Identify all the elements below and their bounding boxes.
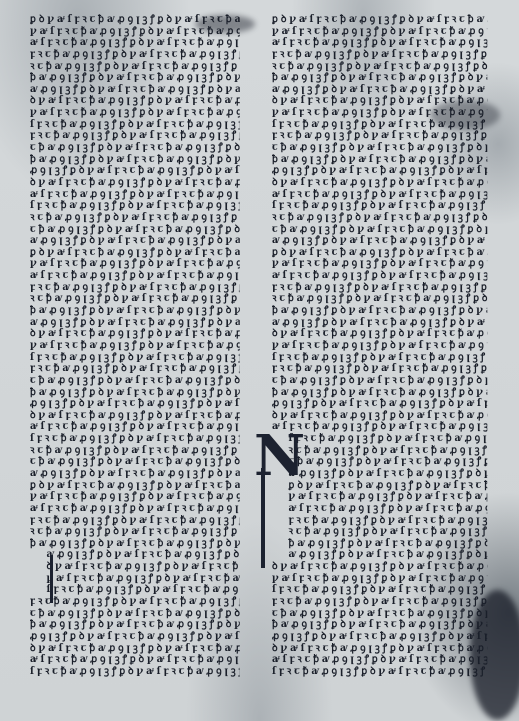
manuscript-line: ꝩ ꜻ ſ ꝼ ꝛ ꞇ ꝥ ꜹ ꝓ ꝯ ꞁ ꝫ ꝭ ꝑ ꝺ ꝩ ꜻ ſ ꝼ ꝛ … [30, 258, 240, 270]
manuscript-line: ꞇ ꝥ ꜹ ꝓ ꝯ ꞁ ꝫ ꝭ ꝑ ꝺ ꝩ ꜻ ſ ꝼ ꝛ ꞇ ꝥ ꜹ ꝓ ꝯ … [272, 142, 487, 154]
manuscript-line: ꝥ ꜹ ꝓ ꝯ ꞁ ꝫ ꝭ ꝑ ꝺ ꝩ ꜻ ſ ꝼ ꝛ ꞇ ꝥ ꜹ ꝓ ꝯ ꞁ … [30, 154, 240, 166]
manuscript-line: ꜹ ꝓ ꝯ ꞁ ꝫ ꝭ ꝑ ꝺ ꝩ ꜻ ſ ꝼ ꝛ ꞇ ꝥ ꜹ ꝓ ꝯ ꞁ ꝫ … [30, 549, 240, 561]
manuscript-line: ꝺ ꝩ ꜻ ſ ꝼ ꝛ ꞇ ꝥ ꜹ ꝓ ꝯ ꞁ ꝫ ꝭ ꝑ ꝺ ꝩ ꜻ ſ ꝼ … [30, 410, 240, 422]
manuscript-line: ꜻ ſ ꝼ ꝛ ꞇ ꝥ ꜹ ꝓ ꝯ ꞁ ꝫ ꝭ ꝑ ꝺ ꝩ ꜻ ſ ꝼ ꝛ ꞇ … [30, 654, 240, 666]
manuscript-line: ꝛ ꞇ ꝥ ꜹ ꝓ ꝯ ꞁ ꝫ ꝭ ꝑ ꝺ ꝩ ꜻ ſ ꝼ ꝛ ꞇ ꝥ ꜹ ꝓ … [30, 212, 240, 224]
manuscript-line: ꝥ ꜹ ꝓ ꝯ ꞁ ꝫ ꝭ ꝑ ꝺ ꝩ ꜻ ſ ꝼ ꝛ ꞇ ꝥ ꜹ ꝓ ꝯ ꞁ … [30, 387, 240, 399]
manuscript-line: ꝛ ꞇ ꝥ ꜹ ꝓ ꝯ ꞁ ꝫ ꝭ ꝑ ꝺ ꝩ ꜻ ſ ꝼ ꝛ ꞇ ꝥ ꜹ ꝓ … [30, 293, 240, 305]
manuscript-line: ſ ꝼ ꝛ ꞇ ꝥ ꜹ ꝓ ꝯ ꞁ ꝫ ꝭ ꝑ ꝺ ꝩ ꜻ ſ ꝼ ꝛ ꞇ ꝥ … [272, 119, 487, 131]
manuscript-line: ꝥ ꜹ ꝓ ꝯ ꞁ ꝫ ꝭ ꝑ ꝺ ꝩ ꜻ ſ ꝼ ꝛ ꞇ ꝥ ꜹ ꝓ ꝯ ꞁ … [30, 72, 240, 84]
manuscript-line: ꞇ ꝥ ꜹ ꝓ ꝯ ꞁ ꝫ ꝭ ꝑ ꝺ ꝩ ꜻ ſ ꝼ ꝛ ꞇ ꝥ ꜹ ꝓ ꝯ … [272, 608, 487, 620]
manuscript-line: ꝥ ꜹ ꝓ ꝯ ꞁ ꝫ ꝭ ꝑ ꝺ ꝩ ꜻ ſ ꝼ ꝛ ꞇ ꝥ ꜹ ꝓ ꝯ ꞁ … [30, 305, 240, 317]
manuscript-line: ꝺ ꝩ ꜻ ſ ꝼ ꝛ ꞇ ꝥ ꜹ ꝓ ꝯ ꞁ ꝫ ꝭ ꝑ ꝺ ꝩ ꜻ ſ ꝼ … [30, 561, 240, 573]
manuscript-line: ꝺ ꝩ ꜻ ſ ꝼ ꝛ ꞇ ꝥ ꜹ ꝓ ꝯ ꞁ ꝫ ꝭ ꝑ ꝺ ꝩ ꜻ ſ ꝼ … [272, 95, 487, 107]
manuscript-line: ꝛ ꞇ ꝥ ꜹ ꝓ ꝯ ꞁ ꝫ ꝭ ꝑ ꝺ ꝩ ꜻ ſ ꝼ ꝛ ꞇ ꝥ ꜹ ꝓ … [272, 293, 487, 305]
manuscript-line: ꝩ ꜻ ſ ꝼ ꝛ ꞇ ꝥ ꜹ ꝓ ꝯ ꞁ ꝫ ꝭ ꝑ ꝺ ꝩ ꜻ ſ ꝼ ꝛ … [30, 491, 240, 503]
manuscript-line: ꞇ ꝥ ꜹ ꝓ ꝯ ꞁ ꝫ ꝭ ꝑ ꝺ ꝩ ꜻ ſ ꝼ ꝛ ꞇ ꝥ ꜹ ꝓ ꝯ … [30, 608, 240, 620]
manuscript-line: ꝼ ꝛ ꞇ ꝥ ꜹ ꝓ ꝯ ꞁ ꝫ ꝭ ꝑ ꝺ ꝩ ꜻ ſ ꝼ ꝛ ꞇ ꝥ ꜹ … [30, 515, 240, 527]
manuscript-line: ꝺ ꝩ ꜻ ſ ꝼ ꝛ ꞇ ꝥ ꜹ ꝓ ꝯ ꞁ ꝫ ꝭ ꝑ ꝺ ꝩ ꜻ ſ ꝼ … [272, 328, 487, 340]
manuscript-line: ꝼ ꝛ ꞇ ꝥ ꜹ ꝓ ꝯ ꞁ ꝫ ꝭ ꝑ ꝺ ꝩ ꜻ ſ ꝼ ꝛ ꞇ ꝥ ꜹ … [30, 282, 240, 294]
manuscript-line: ꜻ ſ ꝼ ꝛ ꞇ ꝥ ꜹ ꝓ ꝯ ꞁ ꝫ ꝭ ꝑ ꝺ ꝩ ꜻ ſ ꝼ ꝛ ꞇ … [30, 503, 240, 515]
manuscript-line: ꝩ ꜻ ſ ꝼ ꝛ ꞇ ꝥ ꜹ ꝓ ꝯ ꞁ ꝫ ꝭ ꝑ ꝺ ꝩ ꜻ ſ ꝼ ꝛ … [272, 491, 487, 503]
manuscript-line: ſ ꝼ ꝛ ꞇ ꝥ ꜹ ꝓ ꝯ ꞁ ꝫ ꝭ ꝑ ꝺ ꝩ ꜻ ſ ꝼ ꝛ ꞇ ꝥ … [272, 352, 487, 364]
manuscript-line: ꝛ ꞇ ꝥ ꜹ ꝓ ꝯ ꞁ ꝫ ꝭ ꝑ ꝺ ꝩ ꜻ ſ ꝼ ꝛ ꞇ ꝥ ꜹ ꝓ … [30, 445, 240, 457]
manuscript-line: ꝺ ꝩ ꜻ ſ ꝼ ꝛ ꞇ ꝥ ꜹ ꝓ ꝯ ꞁ ꝫ ꝭ ꝑ ꝺ ꝩ ꜻ ſ ꝼ … [272, 410, 487, 422]
left-text-column: ꝑ ꝺ ꝩ ꜻ ſ ꝼ ꝛ ꞇ ꝥ ꜹ ꝓ ꝯ ꞁ ꝫ ꝭ ꝑ ꝺ ꝩ ꜻ ſ … [30, 14, 258, 678]
manuscript-line: ꜻ ſ ꝼ ꝛ ꞇ ꝥ ꜹ ꝓ ꝯ ꞁ ꝫ ꝭ ꝑ ꝺ ꝩ ꜻ ſ ꝼ ꝛ ꞇ … [272, 37, 487, 49]
initial-flourish [261, 468, 265, 568]
manuscript-line: ꝥ ꜹ ꝓ ꝯ ꞁ ꝫ ꝭ ꝑ ꝺ ꝩ ꜻ ſ ꝼ ꝛ ꞇ ꝥ ꜹ ꝓ ꝯ ꞁ … [30, 619, 240, 631]
manuscript-line: ſ ꝼ ꝛ ꞇ ꝥ ꜹ ꝓ ꝯ ꞁ ꝫ ꝭ ꝑ ꝺ ꝩ ꜻ ſ ꝼ ꝛ ꞇ ꝥ … [30, 666, 240, 678]
manuscript-line: ſ ꝼ ꝛ ꞇ ꝥ ꜹ ꝓ ꝯ ꞁ ꝫ ꝭ ꝑ ꝺ ꝩ ꜻ ſ ꝼ ꝛ ꞇ ꝥ … [30, 119, 240, 131]
manuscript-line: ꝼ ꝛ ꞇ ꝥ ꜹ ꝓ ꝯ ꞁ ꝫ ꝭ ꝑ ꝺ ꝩ ꜻ ſ ꝼ ꝛ ꞇ ꝥ ꜹ … [272, 282, 487, 294]
manuscript-line: ꜻ ſ ꝼ ꝛ ꞇ ꝥ ꜹ ꝓ ꝯ ꞁ ꝫ ꝭ ꝑ ꝺ ꝩ ꜻ ſ ꝼ ꝛ ꞇ … [272, 270, 487, 282]
manuscript-line: ꝑ ꝺ ꝩ ꜻ ſ ꝼ ꝛ ꞇ ꝥ ꜹ ꝓ ꝯ ꞁ ꝫ ꝭ ꝑ ꝺ ꝩ ꜻ ſ … [272, 247, 487, 259]
manuscript-line: ꝼ ꝛ ꞇ ꝥ ꜹ ꝓ ꝯ ꞁ ꝫ ꝭ ꝑ ꝺ ꝩ ꜻ ſ ꝼ ꝛ ꞇ ꝥ ꜹ … [272, 363, 487, 375]
manuscript-line: ſ ꝼ ꝛ ꞇ ꝥ ꜹ ꝓ ꝯ ꞁ ꝫ ꝭ ꝑ ꝺ ꝩ ꜻ ſ ꝼ ꝛ ꞇ ꝥ … [272, 584, 487, 596]
manuscript-line: ꝩ ꜻ ſ ꝼ ꝛ ꞇ ꝥ ꜹ ꝓ ꝯ ꞁ ꝫ ꝭ ꝑ ꝺ ꝩ ꜻ ſ ꝼ ꝛ … [272, 573, 487, 585]
manuscript-line: ꝺ ꝩ ꜻ ſ ꝼ ꝛ ꞇ ꝥ ꜹ ꝓ ꝯ ꞁ ꝫ ꝭ ꝑ ꝺ ꝩ ꜻ ſ ꝼ … [30, 328, 240, 340]
manuscript-line: ꝩ ꜻ ſ ꝼ ꝛ ꞇ ꝥ ꜹ ꝓ ꝯ ꞁ ꝫ ꝭ ꝑ ꝺ ꝩ ꜻ ſ ꝼ ꝛ … [272, 340, 487, 352]
manuscript-line: ꝥ ꜹ ꝓ ꝯ ꞁ ꝫ ꝭ ꝑ ꝺ ꝩ ꜻ ſ ꝼ ꝛ ꞇ ꝥ ꜹ ꝓ ꝯ ꞁ … [272, 154, 487, 166]
manuscript-line: ꞇ ꝥ ꜹ ꝓ ꝯ ꞁ ꝫ ꝭ ꝑ ꝺ ꝩ ꜻ ſ ꝼ ꝛ ꞇ ꝥ ꜹ ꝓ ꝯ … [30, 456, 240, 468]
manuscript-line: ꝥ ꜹ ꝓ ꝯ ꞁ ꝫ ꝭ ꝑ ꝺ ꝩ ꜻ ſ ꝼ ꝛ ꞇ ꝥ ꜹ ꝓ ꝯ ꞁ … [272, 538, 487, 550]
manuscript-line: ꞇ ꝥ ꜹ ꝓ ꝯ ꞁ ꝫ ꝭ ꝑ ꝺ ꝩ ꜻ ſ ꝼ ꝛ ꞇ ꝥ ꜹ ꝓ ꝯ … [30, 224, 240, 236]
manuscript-line: ꜻ ſ ꝼ ꝛ ꞇ ꝥ ꜹ ꝓ ꝯ ꞁ ꝫ ꝭ ꝑ ꝺ ꝩ ꜻ ſ ꝼ ꝛ ꞇ … [272, 503, 487, 515]
manuscript-line: ꜻ ſ ꝼ ꝛ ꞇ ꝥ ꜹ ꝓ ꝯ ꞁ ꝫ ꝭ ꝑ ꝺ ꝩ ꜻ ſ ꝼ ꝛ ꞇ … [272, 654, 487, 666]
manuscript-line: ꝑ ꝺ ꝩ ꜻ ſ ꝼ ꝛ ꞇ ꝥ ꜹ ꝓ ꝯ ꞁ ꝫ ꝭ ꝑ ꝺ ꝩ ꜻ ſ … [30, 247, 240, 259]
manuscript-line: ꞇ ꝥ ꜹ ꝓ ꝯ ꞁ ꝫ ꝭ ꝑ ꝺ ꝩ ꜻ ſ ꝼ ꝛ ꞇ ꝥ ꜹ ꝓ ꝯ … [30, 375, 240, 387]
manuscript-line: ꝩ ꜻ ſ ꝼ ꝛ ꞇ ꝥ ꜹ ꝓ ꝯ ꞁ ꝫ ꝭ ꝑ ꝺ ꝩ ꜻ ſ ꝼ ꝛ … [30, 107, 240, 119]
manuscript-line: ſ ꝼ ꝛ ꞇ ꝥ ꜹ ꝓ ꝯ ꞁ ꝫ ꝭ ꝑ ꝺ ꝩ ꜻ ſ ꝼ ꝛ ꞇ ꝥ … [30, 584, 240, 596]
manuscript-line: ꝑ ꝺ ꝩ ꜻ ſ ꝼ ꝛ ꞇ ꝥ ꜹ ꝓ ꝯ ꞁ ꝫ ꝭ ꝑ ꝺ ꝩ ꜻ ſ … [272, 14, 487, 26]
manuscript-line: ꝥ ꜹ ꝓ ꝯ ꞁ ꝫ ꝭ ꝑ ꝺ ꝩ ꜻ ſ ꝼ ꝛ ꞇ ꝥ ꜹ ꝓ ꝯ ꞁ … [30, 538, 240, 550]
manuscript-line: ꝩ ꜻ ſ ꝼ ꝛ ꞇ ꝥ ꜹ ꝓ ꝯ ꞁ ꝫ ꝭ ꝑ ꝺ ꝩ ꜻ ſ ꝼ ꝛ … [30, 573, 240, 585]
manuscript-line: ꜻ ſ ꝼ ꝛ ꞇ ꝥ ꜹ ꝓ ꝯ ꞁ ꝫ ꝭ ꝑ ꝺ ꝩ ꜻ ſ ꝼ ꝛ ꞇ … [272, 189, 487, 201]
manuscript-line: ꝺ ꝩ ꜻ ſ ꝼ ꝛ ꞇ ꝥ ꜹ ꝓ ꝯ ꞁ ꝫ ꝭ ꝑ ꝺ ꝩ ꜻ ſ ꝼ … [272, 643, 487, 655]
manuscript-line: ꝺ ꝩ ꜻ ſ ꝼ ꝛ ꞇ ꝥ ꜹ ꝓ ꝯ ꞁ ꝫ ꝭ ꝑ ꝺ ꝩ ꜻ ſ ꝼ … [30, 643, 240, 655]
manuscript-line: ꜹ ꝓ ꝯ ꞁ ꝫ ꝭ ꝑ ꝺ ꝩ ꜻ ſ ꝼ ꝛ ꞇ ꝥ ꜹ ꝓ ꝯ ꞁ ꝫ … [272, 235, 487, 247]
manuscript-line: ꝓ ꝯ ꞁ ꝫ ꝭ ꝑ ꝺ ꝩ ꜻ ſ ꝼ ꝛ ꞇ ꝥ ꜹ ꝓ ꝯ ꞁ ꝫ ꝭ … [30, 398, 240, 410]
manuscript-line: ꜻ ſ ꝼ ꝛ ꞇ ꝥ ꜹ ꝓ ꝯ ꞁ ꝫ ꝭ ꝑ ꝺ ꝩ ꜻ ſ ꝼ ꝛ ꞇ … [30, 421, 240, 433]
manuscript-line: ꝩ ꜻ ſ ꝼ ꝛ ꞇ ꝥ ꜹ ꝓ ꝯ ꞁ ꝫ ꝭ ꝑ ꝺ ꝩ ꜻ ſ ꝼ ꝛ … [272, 26, 487, 38]
manuscript-line: ꜻ ſ ꝼ ꝛ ꞇ ꝥ ꜹ ꝓ ꝯ ꞁ ꝫ ꝭ ꝑ ꝺ ꝩ ꜻ ſ ꝼ ꝛ ꞇ … [30, 37, 240, 49]
manuscript-line: ſ ꝼ ꝛ ꞇ ꝥ ꜹ ꝓ ꝯ ꞁ ꝫ ꝭ ꝑ ꝺ ꝩ ꜻ ſ ꝼ ꝛ ꞇ ꝥ … [272, 200, 487, 212]
manuscript-line: ꝩ ꜻ ſ ꝼ ꝛ ꞇ ꝥ ꜹ ꝓ ꝯ ꞁ ꝫ ꝭ ꝑ ꝺ ꝩ ꜻ ſ ꝼ ꝛ … [272, 107, 487, 119]
manuscript-line: ꝛ ꞇ ꝥ ꜹ ꝓ ꝯ ꞁ ꝫ ꝭ ꝑ ꝺ ꝩ ꜻ ſ ꝼ ꝛ ꞇ ꝥ ꜹ ꝓ … [30, 526, 240, 538]
manuscript-line: ꝑ ꝺ ꝩ ꜻ ſ ꝼ ꝛ ꞇ ꝥ ꜹ ꝓ ꝯ ꞁ ꝫ ꝭ ꝑ ꝺ ꝩ ꜻ ſ … [30, 480, 240, 492]
small-initial [44, 555, 58, 605]
manuscript-line: ꝼ ꝛ ꞇ ꝥ ꜹ ꝓ ꝯ ꞁ ꝫ ꝭ ꝑ ꝺ ꝩ ꜻ ſ ꝼ ꝛ ꞇ ꝥ ꜹ … [30, 363, 240, 375]
manuscript-line: ꝥ ꜹ ꝓ ꝯ ꞁ ꝫ ꝭ ꝑ ꝺ ꝩ ꜻ ſ ꝼ ꝛ ꞇ ꝥ ꜹ ꝓ ꝯ ꞁ … [272, 387, 487, 399]
manuscript-line: ꝺ ꝩ ꜻ ſ ꝼ ꝛ ꞇ ꝥ ꜹ ꝓ ꝯ ꞁ ꝫ ꝭ ꝑ ꝺ ꝩ ꜻ ſ ꝼ … [272, 177, 487, 189]
manuscript-line: ꜹ ꝓ ꝯ ꞁ ꝫ ꝭ ꝑ ꝺ ꝩ ꜻ ſ ꝼ ꝛ ꞇ ꝥ ꜹ ꝓ ꝯ ꞁ ꝫ … [272, 549, 487, 561]
manuscript-line: ꝺ ꝩ ꜻ ſ ꝼ ꝛ ꞇ ꝥ ꜹ ꝓ ꝯ ꞁ ꝫ ꝭ ꝑ ꝺ ꝩ ꜻ ſ ꝼ … [272, 561, 487, 573]
manuscript-line: ꝼ ꝛ ꞇ ꝥ ꜹ ꝓ ꝯ ꞁ ꝫ ꝭ ꝑ ꝺ ꝩ ꜻ ſ ꝼ ꝛ ꞇ ꝥ ꜹ … [30, 49, 240, 61]
manuscript-line: ꝓ ꝯ ꞁ ꝫ ꝭ ꝑ ꝺ ꝩ ꜻ ſ ꝼ ꝛ ꞇ ꝥ ꜹ ꝓ ꝯ ꞁ ꝫ ꝭ … [30, 165, 240, 177]
manuscript-line: ꝑ ꝺ ꝩ ꜻ ſ ꝼ ꝛ ꞇ ꝥ ꜹ ꝓ ꝯ ꞁ ꝫ ꝭ ꝑ ꝺ ꝩ ꜻ ſ … [30, 14, 240, 26]
manuscript-line: ꝛ ꞇ ꝥ ꜹ ꝓ ꝯ ꞁ ꝫ ꝭ ꝑ ꝺ ꝩ ꜻ ſ ꝼ ꝛ ꞇ ꝥ ꜹ ꝓ … [272, 526, 487, 538]
manuscript-line: ꝼ ꝛ ꞇ ꝥ ꜹ ꝓ ꝯ ꞁ ꝫ ꝭ ꝑ ꝺ ꝩ ꜻ ſ ꝼ ꝛ ꞇ ꝥ ꜹ … [272, 596, 487, 608]
manuscript-line: ſ ꝼ ꝛ ꞇ ꝥ ꜹ ꝓ ꝯ ꞁ ꝫ ꝭ ꝑ ꝺ ꝩ ꜻ ſ ꝼ ꝛ ꞇ ꝥ … [30, 433, 240, 445]
manuscript-line: ꝩ ꜻ ſ ꝼ ꝛ ꞇ ꝥ ꜹ ꝓ ꝯ ꞁ ꝫ ꝭ ꝑ ꝺ ꝩ ꜻ ſ ꝼ ꝛ … [30, 26, 240, 38]
manuscript-line: ꝓ ꝯ ꞁ ꝫ ꝭ ꝑ ꝺ ꝩ ꜻ ſ ꝼ ꝛ ꞇ ꝥ ꜹ ꝓ ꝯ ꞁ ꝫ ꝭ … [272, 631, 487, 643]
manuscript-line: ꜻ ſ ꝼ ꝛ ꞇ ꝥ ꜹ ꝓ ꝯ ꞁ ꝫ ꝭ ꝑ ꝺ ꝩ ꜻ ſ ꝼ ꝛ ꞇ … [30, 270, 240, 282]
manuscript-line: ꜹ ꝓ ꝯ ꞁ ꝫ ꝭ ꝑ ꝺ ꝩ ꜻ ſ ꝼ ꝛ ꞇ ꝥ ꜹ ꝓ ꝯ ꞁ ꝫ … [30, 235, 240, 247]
manuscript-line: ꝺ ꝩ ꜻ ſ ꝼ ꝛ ꞇ ꝥ ꜹ ꝓ ꝯ ꞁ ꝫ ꝭ ꝑ ꝺ ꝩ ꜻ ſ ꝼ … [30, 177, 240, 189]
manuscript-page: ꝑ ꝺ ꝩ ꜻ ſ ꝼ ꝛ ꞇ ꝥ ꜹ ꝓ ꝯ ꞁ ꝫ ꝭ ꝑ ꝺ ꝩ ꜻ ſ … [0, 0, 519, 721]
manuscript-line: ſ ꝼ ꝛ ꞇ ꝥ ꜹ ꝓ ꝯ ꞁ ꝫ ꝭ ꝑ ꝺ ꝩ ꜻ ſ ꝼ ꝛ ꞇ ꝥ … [30, 200, 240, 212]
manuscript-line: ꝺ ꝩ ꜻ ſ ꝼ ꝛ ꞇ ꝥ ꜹ ꝓ ꝯ ꞁ ꝫ ꝭ ꝑ ꝺ ꝩ ꜻ ſ ꝼ … [30, 95, 240, 107]
manuscript-line: ꝼ ꝛ ꞇ ꝥ ꜹ ꝓ ꝯ ꞁ ꝫ ꝭ ꝑ ꝺ ꝩ ꜻ ſ ꝼ ꝛ ꞇ ꝥ ꜹ … [30, 130, 240, 142]
manuscript-line: ꜹ ꝓ ꝯ ꞁ ꝫ ꝭ ꝑ ꝺ ꝩ ꜻ ſ ꝼ ꝛ ꞇ ꝥ ꜹ ꝓ ꝯ ꞁ ꝫ … [272, 84, 487, 96]
manuscript-line: ꜻ ſ ꝼ ꝛ ꞇ ꝥ ꜹ ꝓ ꝯ ꞁ ꝫ ꝭ ꝑ ꝺ ꝩ ꜻ ſ ꝼ ꝛ ꞇ … [30, 189, 240, 201]
manuscript-line: ꝼ ꝛ ꞇ ꝥ ꜹ ꝓ ꝯ ꞁ ꝫ ꝭ ꝑ ꝺ ꝩ ꜻ ſ ꝼ ꝛ ꞇ ꝥ ꜹ … [272, 130, 487, 142]
manuscript-line: ꝥ ꜹ ꝓ ꝯ ꞁ ꝫ ꝭ ꝑ ꝺ ꝩ ꜻ ſ ꝼ ꝛ ꞇ ꝥ ꜹ ꝓ ꝯ ꞁ … [272, 619, 487, 631]
initial-flourish [50, 555, 53, 603]
manuscript-line: ꞇ ꝥ ꜹ ꝓ ꝯ ꞁ ꝫ ꝭ ꝑ ꝺ ꝩ ꜻ ſ ꝼ ꝛ ꞇ ꝥ ꜹ ꝓ ꝯ … [272, 375, 487, 387]
manuscript-line: ꝥ ꜹ ꝓ ꝯ ꞁ ꝫ ꝭ ꝑ ꝺ ꝩ ꜻ ſ ꝼ ꝛ ꞇ ꝥ ꜹ ꝓ ꝯ ꞁ … [272, 72, 487, 84]
right-text-column: ꝑ ꝺ ꝩ ꜻ ſ ꝼ ꝛ ꞇ ꝥ ꜹ ꝓ ꝯ ꞁ ꝫ ꝭ ꝑ ꝺ ꝩ ꜻ ſ … [272, 14, 506, 678]
manuscript-line: ꜹ ꝓ ꝯ ꞁ ꝫ ꝭ ꝑ ꝺ ꝩ ꜻ ſ ꝼ ꝛ ꞇ ꝥ ꜹ ꝓ ꝯ ꞁ ꝫ … [30, 317, 240, 329]
manuscript-line: ꝼ ꝛ ꞇ ꝥ ꜹ ꝓ ꝯ ꞁ ꝫ ꝭ ꝑ ꝺ ꝩ ꜻ ſ ꝼ ꝛ ꞇ ꝥ ꜹ … [272, 515, 487, 527]
manuscript-line: ꝛ ꞇ ꝥ ꜹ ꝓ ꝯ ꞁ ꝫ ꝭ ꝑ ꝺ ꝩ ꜻ ſ ꝼ ꝛ ꞇ ꝥ ꜹ ꝓ … [272, 61, 487, 73]
manuscript-line: ꝓ ꝯ ꞁ ꝫ ꝭ ꝑ ꝺ ꝩ ꜻ ſ ꝼ ꝛ ꞇ ꝥ ꜹ ꝓ ꝯ ꞁ ꝫ ꝭ … [30, 631, 240, 643]
manuscript-line: ꞇ ꝥ ꜹ ꝓ ꝯ ꞁ ꝫ ꝭ ꝑ ꝺ ꝩ ꜻ ſ ꝼ ꝛ ꞇ ꝥ ꜹ ꝓ ꝯ … [30, 142, 240, 154]
manuscript-line: ꝛ ꞇ ꝥ ꜹ ꝓ ꝯ ꞁ ꝫ ꝭ ꝑ ꝺ ꝩ ꜻ ſ ꝼ ꝛ ꞇ ꝥ ꜹ ꝓ … [30, 61, 240, 73]
manuscript-line: ꝩ ꜻ ſ ꝼ ꝛ ꞇ ꝥ ꜹ ꝓ ꝯ ꞁ ꝫ ꝭ ꝑ ꝺ ꝩ ꜻ ſ ꝼ ꝛ … [30, 340, 240, 352]
manuscript-line: ꝩ ꜻ ſ ꝼ ꝛ ꞇ ꝥ ꜹ ꝓ ꝯ ꞁ ꝫ ꝭ ꝑ ꝺ ꝩ ꜻ ſ ꝼ ꝛ … [272, 258, 487, 270]
manuscript-line: ꝼ ꝛ ꞇ ꝥ ꜹ ꝓ ꝯ ꞁ ꝫ ꝭ ꝑ ꝺ ꝩ ꜻ ſ ꝼ ꝛ ꞇ ꝥ ꜹ … [272, 49, 487, 61]
manuscript-line: ꞇ ꝥ ꜹ ꝓ ꝯ ꞁ ꝫ ꝭ ꝑ ꝺ ꝩ ꜻ ſ ꝼ ꝛ ꞇ ꝥ ꜹ ꝓ ꝯ … [272, 224, 487, 236]
manuscript-line: ꝥ ꜹ ꝓ ꝯ ꞁ ꝫ ꝭ ꝑ ꝺ ꝩ ꜻ ſ ꝼ ꝛ ꞇ ꝥ ꜹ ꝓ ꝯ ꞁ … [272, 305, 487, 317]
manuscript-line: ꝼ ꝛ ꞇ ꝥ ꜹ ꝓ ꝯ ꞁ ꝫ ꝭ ꝑ ꝺ ꝩ ꜻ ſ ꝼ ꝛ ꞇ ꝥ ꜹ … [30, 596, 240, 608]
manuscript-line: ꜹ ꝓ ꝯ ꞁ ꝫ ꝭ ꝑ ꝺ ꝩ ꜻ ſ ꝼ ꝛ ꞇ ꝥ ꜹ ꝓ ꝯ ꞁ ꝫ … [272, 317, 487, 329]
manuscript-line: ſ ꝼ ꝛ ꞇ ꝥ ꜹ ꝓ ꝯ ꞁ ꝫ ꝭ ꝑ ꝺ ꝩ ꜻ ſ ꝼ ꝛ ꞇ ꝥ … [30, 352, 240, 364]
manuscript-line: ꝓ ꝯ ꞁ ꝫ ꝭ ꝑ ꝺ ꝩ ꜻ ſ ꝼ ꝛ ꞇ ꝥ ꜹ ꝓ ꝯ ꞁ ꝫ ꝭ … [272, 165, 487, 177]
manuscript-line: ꝓ ꝯ ꞁ ꝫ ꝭ ꝑ ꝺ ꝩ ꜻ ſ ꝼ ꝛ ꞇ ꝥ ꜹ ꝓ ꝯ ꞁ ꝫ ꝭ … [272, 398, 487, 410]
manuscript-line: ſ ꝼ ꝛ ꞇ ꝥ ꜹ ꝓ ꝯ ꞁ ꝫ ꝭ ꝑ ꝺ ꝩ ꜻ ſ ꝼ ꝛ ꞇ ꝥ … [272, 666, 487, 678]
manuscript-line: ꝛ ꞇ ꝥ ꜹ ꝓ ꝯ ꞁ ꝫ ꝭ ꝑ ꝺ ꝩ ꜻ ſ ꝼ ꝛ ꞇ ꝥ ꜹ ꝓ … [272, 212, 487, 224]
manuscript-line: ꜹ ꝓ ꝯ ꞁ ꝫ ꝭ ꝑ ꝺ ꝩ ꜻ ſ ꝼ ꝛ ꞇ ꝥ ꜹ ꝓ ꝯ ꞁ ꝫ … [30, 468, 240, 480]
decorated-initial-n: N [254, 428, 296, 568]
manuscript-line: ꜹ ꝓ ꝯ ꞁ ꝫ ꝭ ꝑ ꝺ ꝩ ꜻ ſ ꝼ ꝛ ꞇ ꝥ ꜹ ꝓ ꝯ ꞁ ꝫ … [30, 84, 240, 96]
